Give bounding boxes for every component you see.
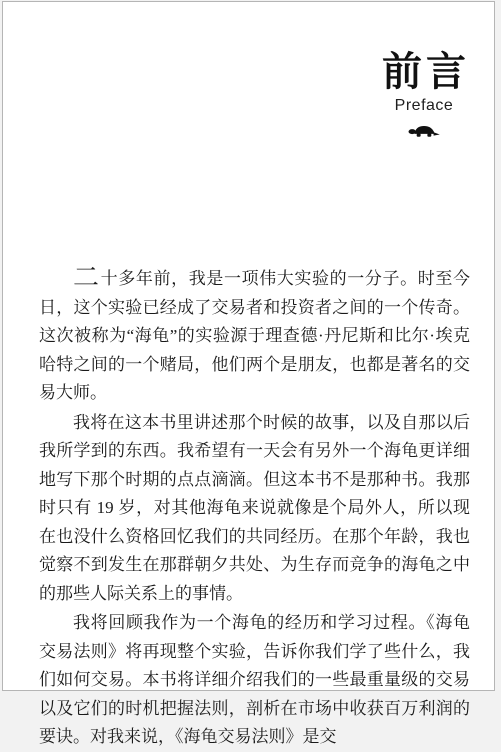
book-page: 前言 Preface 二十多年前，我是一项伟大实验的一分子。时至今日，这个实验已… xyxy=(2,1,495,691)
page-subtitle: Preface xyxy=(382,97,466,115)
page-title: 前言 xyxy=(382,50,470,94)
preface-title-block: 前言 Preface xyxy=(382,50,466,139)
paragraph-1-text: 十多年前，我是一项伟大实验的一分子。时至今日，这个实验已经成了交易者和投资者之间… xyxy=(39,269,470,402)
preface-body: 二十多年前，我是一项伟大实验的一分子。时至今日，这个实验已经成了交易者和投资者之… xyxy=(39,265,470,695)
paragraph-2: 我将在这本书里讲述那个时候的故事，以及自那以后我所学到的东西。我希望有一天会有另… xyxy=(39,409,470,609)
paragraph-3: 我将回顾我作为一个海龟的经历和学习过程。《海龟交易法则》将再现整个实验，告诉你我… xyxy=(39,609,470,695)
paragraph-1-dropcap: 二 xyxy=(73,263,101,292)
turtle-icon xyxy=(382,122,466,139)
paragraph-1: 二十多年前，我是一项伟大实验的一分子。时至今日，这个实验已经成了交易者和投资者之… xyxy=(39,265,470,408)
paragraph-2-text: 我将在这本书里讲述那个时候的故事，以及自那以后我所学到的东西。我希望有一天会有另… xyxy=(39,413,470,603)
paragraph-3-text: 我将回顾我作为一个海龟的经历和学习过程。《海龟交易法则》将再现整个实验，告诉你我… xyxy=(39,613,470,695)
